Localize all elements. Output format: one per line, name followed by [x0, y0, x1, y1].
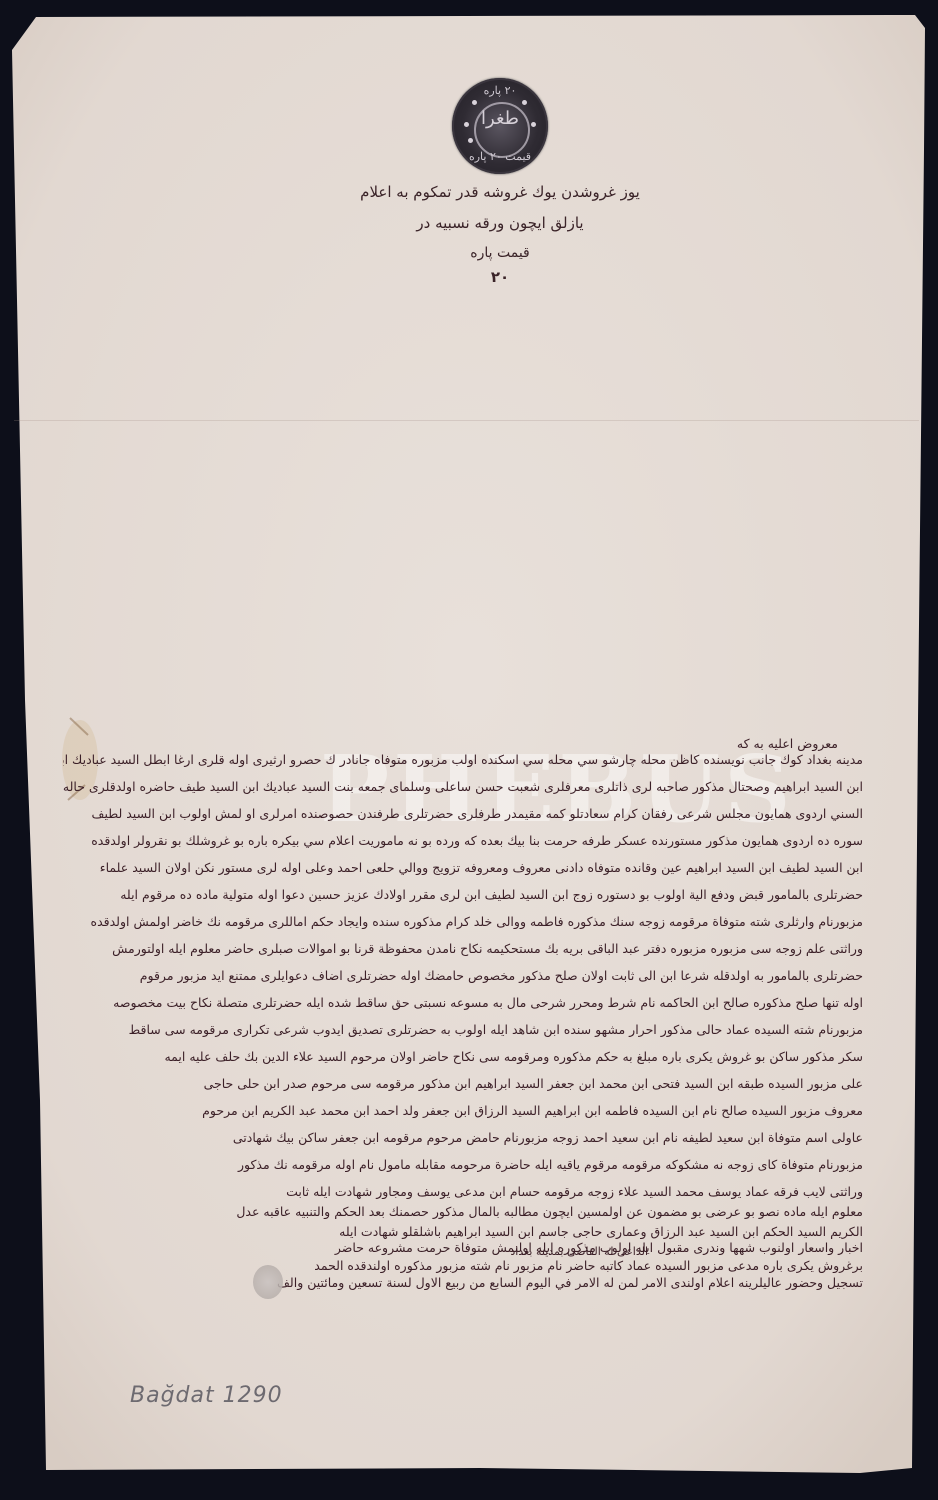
body-line: مزبورنام شته السيده عماد حالى مذكور احرا…	[63, 1022, 863, 1037]
body-line: السني اردوى همايون مجلس شرعى رفقان كرام …	[63, 806, 863, 821]
body-line: عاولى اسم متوفاة ابن سعيد لطيفه نام ابن …	[63, 1130, 863, 1145]
qadi-signature: الداعى له القاضى بمدينه بغداد	[508, 1245, 648, 1258]
body-line: وراثتى لايب فرقه عماد يوسف محمد السيد عل…	[63, 1184, 863, 1199]
body-line: سوره ده اردوى همايون مذكور مستورنده عسكر…	[63, 833, 863, 848]
body-line: الكريم السيد الحكم ابن السيد عبد الرزاق …	[63, 1224, 863, 1239]
body-line: حضرتلرى بالمامور به اولدقله شرعا ابن الى…	[63, 968, 863, 983]
body-line: معروض اعليه به كه	[638, 736, 838, 751]
body-line: معروف مزبور السيده صالح نام ابن السيده ف…	[63, 1103, 863, 1118]
body-line: وراثتى علم زوجه سى مزبوره مزبوره دفتر عب…	[63, 941, 863, 956]
body-line: اخبار واسعار اولنوب شهها وندرى مقبول ايل…	[63, 1240, 863, 1255]
body-line: مدينه بغداد كوك جانب نويسنده كاظن محله چ…	[63, 752, 863, 767]
body-line: معلوم ايله ماده نصو بو عرضى بو مضمون عن …	[63, 1204, 863, 1219]
body-line: تسجيل وحضور عاليلرينه اعلام اولندى الامر…	[63, 1275, 863, 1290]
body-line: مزبورنام وارثلرى شته متوفاة مرقومه زوجه …	[63, 914, 863, 929]
body-line: على مزبور السيده طبقه ابن السيد فتحى ابن…	[63, 1076, 863, 1091]
document-body: معروض اعليه به كه مدينه بغداد كوك جانب ن…	[0, 0, 938, 1500]
body-line: برغروش يكرى باره مدعى مزبور السيده عماد …	[63, 1258, 863, 1273]
body-line: مزبورنام متوفاة كاى زوجه نه مشكوكه مرقوم…	[63, 1157, 863, 1172]
body-line: سكر مذكور ساكن بو غروش يكرى باره مبلغ به…	[63, 1049, 863, 1064]
body-line: حضرتلرى بالمامور قبض ودفع الية اولوب بو …	[63, 887, 863, 902]
body-line: ابن السيد لطيف ابن السيد ابراهيم عين وقا…	[63, 860, 863, 875]
pencil-annotation: Bağdat 1290	[130, 1383, 283, 1408]
qadi-seal-icon	[253, 1265, 283, 1299]
body-line: ابن السيد ابراهيم وصحتال مذكور صاحبه لرى…	[63, 779, 863, 794]
body-line: اوله تنها صلح مذكوره صالح ابن الحاكمه نا…	[63, 995, 863, 1010]
